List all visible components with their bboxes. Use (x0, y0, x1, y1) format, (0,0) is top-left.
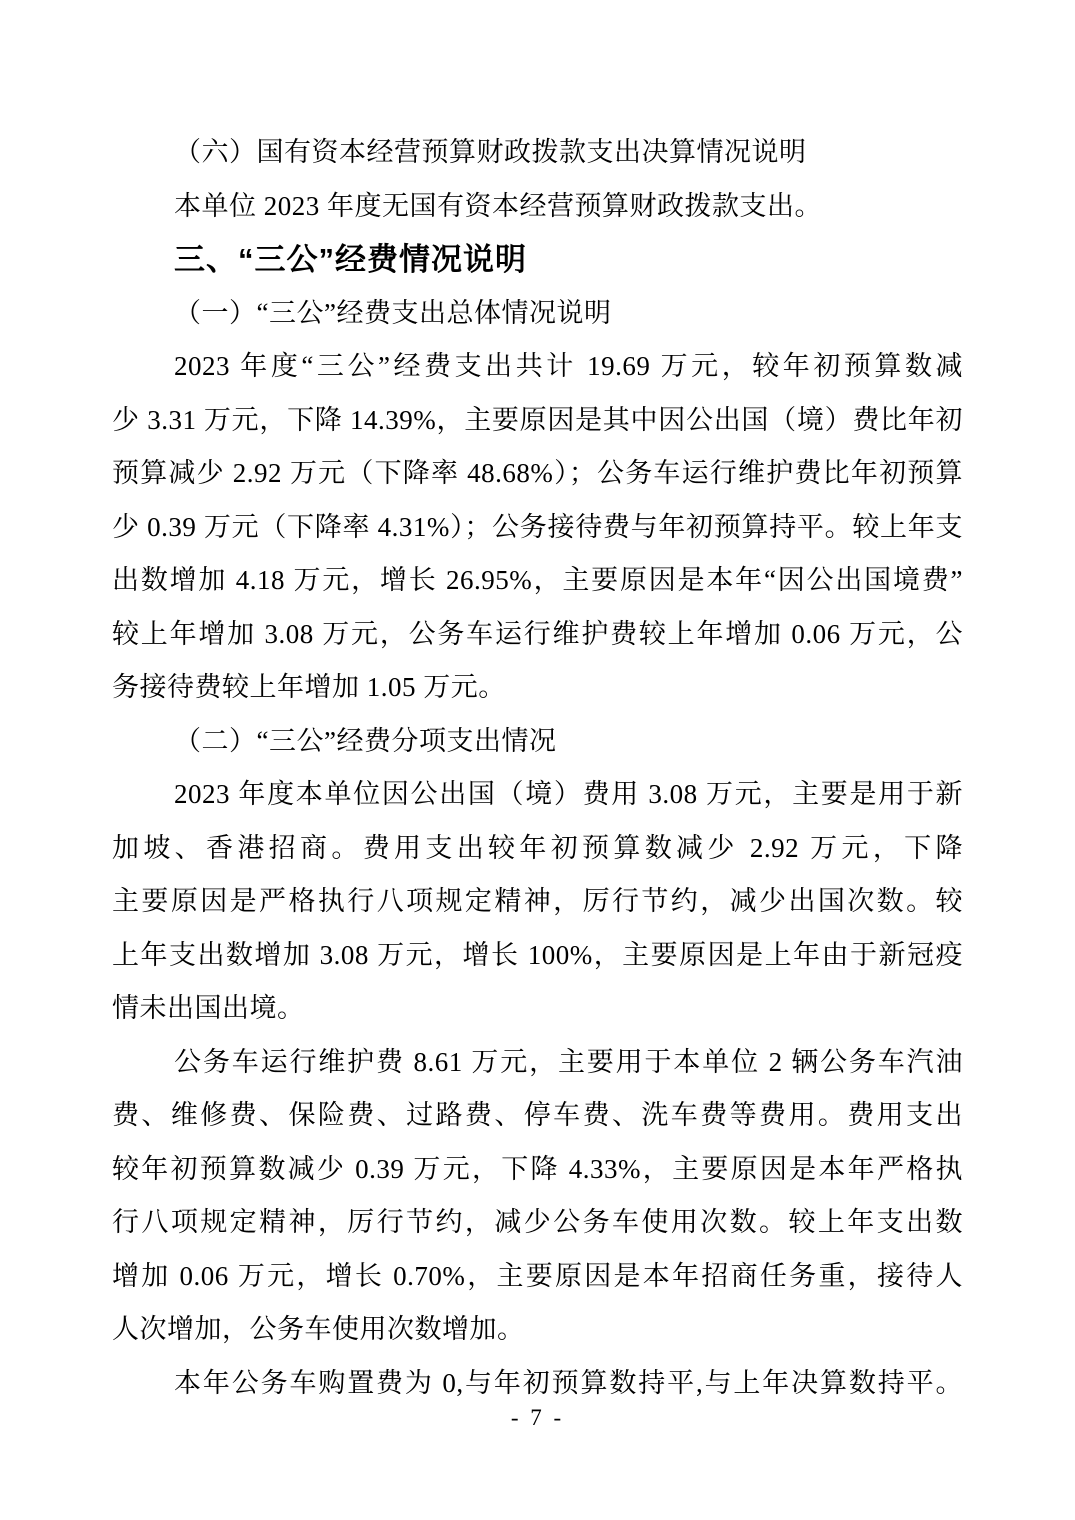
page-number: - 7 - (0, 1398, 1075, 1438)
text-line: 上年支出数增加 3.08 万元，增长 100%，主要原因是上年由于新冠疫 (112, 929, 963, 983)
document-page: （六）国有资本经营预算财政拨款支出决算情况说明 本单位 2023 年度无国有资本… (0, 0, 1075, 1520)
subsection-heading-line: （一）“三公”经费支出总体情况说明 (112, 287, 963, 341)
text-line: 较年初预算数减少 0.39 万元，下降 4.33%，主要原因是本年严格执 (112, 1143, 963, 1197)
text-line: 公务车运行维护费 8.61 万元，主要用于本单位 2 辆公务车汽油 (112, 1036, 963, 1090)
subsection-heading-line: （二）“三公”经费分项支出情况 (112, 715, 963, 769)
text-line: 行八项规定精神，厉行节约，减少公务车使用次数。较上年支出数 (112, 1196, 963, 1250)
text-line: 加坡、香港招商。费用支出较年初预算数减少 2.92 万元，下降 48.67%， (112, 822, 963, 876)
text-line: 出数增加 4.18 万元，增长 26.95%，主要原因是本年“因公出国境费” (112, 554, 963, 608)
text-line: 增加 0.06 万元，增长 0.70%，主要原因是本年招商任务重，接待人 (112, 1250, 963, 1304)
text-line: 较上年增加 3.08 万元，公务车运行维护费较上年增加 0.06 万元，公 (112, 608, 963, 662)
text-line: 少 0.39 万元（下降率 4.31%）；公务接待费与年初预算持平。较上年支 (112, 501, 963, 555)
text-line: 情未出国出境。 (112, 982, 963, 1036)
text-line: 2023 年度“三公”经费支出共计 19.69 万元，较年初预算数减 (112, 340, 963, 394)
section-heading-line: 三、“三公”经费情况说明 (112, 233, 963, 287)
text-line: 少 3.31 万元，下降 14.39%，主要原因是其中因公出国（境）费比年初 (112, 394, 963, 448)
text-line: 本单位 2023 年度无国有资本经营预算财政拨款支出。 (112, 180, 963, 234)
text-line: 费、维修费、保险费、过路费、停车费、洗车费等费用。费用支出 (112, 1089, 963, 1143)
text-line: 2023 年度本单位因公出国（境）费用 3.08 万元，主要是用于新 (112, 768, 963, 822)
subsection-heading-line: （六）国有资本经营预算财政拨款支出决算情况说明 (112, 126, 963, 180)
text-line: 务接待费较上年增加 1.05 万元。 (112, 661, 963, 715)
text-line: 预算减少 2.92 万元（下降率 48.68%）；公务车运行维护费比年初预算减 (112, 447, 963, 501)
document-body: （六）国有资本经营预算财政拨款支出决算情况说明 本单位 2023 年度无国有资本… (112, 126, 963, 1410)
text-line: 人次增加，公务车使用次数增加。 (112, 1303, 963, 1357)
text-line: 主要原因是严格执行八项规定精神，厉行节约，减少出国次数。较 (112, 875, 963, 929)
